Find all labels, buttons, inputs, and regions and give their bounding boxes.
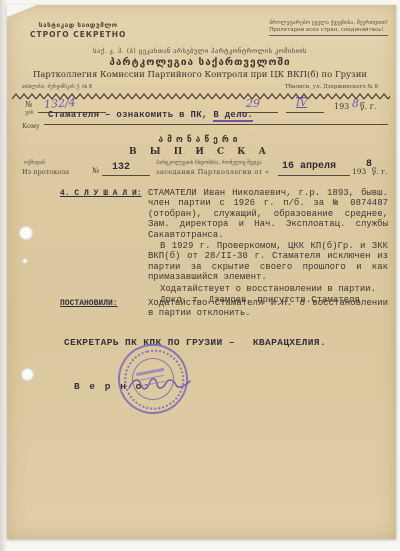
secrecy-block: სასტიკად საიდუმლო СТРОГО СЕКРЕТНО <box>30 21 126 39</box>
secrecy-russian: СТРОГО СЕКРЕТНО <box>30 30 126 39</box>
punch-hole-small <box>22 258 28 264</box>
heard-section-label: 4. С Л У Ш А Л И: <box>60 189 142 198</box>
komu-typed-main: Стамателя – ознакомить в ПК, <box>48 110 213 120</box>
komu-typed-underlined: В дело. <box>213 110 253 122</box>
secretary-name: КВАРАЦХЕЛИЯ. <box>253 337 326 348</box>
scan-corner-artifact <box>7 5 37 17</box>
protocol-from-russian: Из протокола <box>22 168 69 176</box>
org-name-georgian: პარტკოლეგია საქართველოში <box>0 57 400 68</box>
protocol-year-suffix: წ. г. <box>372 167 387 176</box>
komu-label-russian: Кому <box>22 122 40 130</box>
protocol-date-blank-line <box>278 175 350 176</box>
protocol-number-typed: 132 <box>112 162 130 173</box>
date-blank-line-month <box>286 112 324 113</box>
heard-paragraph-3: Ходатайствует о восстановлении в партии. <box>148 284 388 294</box>
punch-hole <box>21 368 34 381</box>
slogan-georgian: პროლეტარებო ყველა ქვეყნისა, შეერთდით! <box>269 20 388 26</box>
title-georgian: ამონაწერი <box>0 135 400 145</box>
komu-typed-value: Стамателя – ознакомить в ПК, В дело. <box>48 110 253 120</box>
title-russian: В Ы П И С К А <box>0 147 400 157</box>
org-name-russian: Партколлегия Комиссии Партийного Контрол… <box>0 70 400 80</box>
date-year-handwritten: 8 <box>352 97 359 110</box>
secretary-line: СЕКРЕТАРЬ ПК КПК ПО ГРУЗИИ –КВАРАЦХЕЛИЯ. <box>64 337 326 348</box>
protocol-date-typed: 16 апреля <box>282 161 336 172</box>
protocol-session-russian: заседания Партколлегии от « <box>156 168 270 176</box>
slogan-russian: Пролетарии всех стран, соединяйтесь! <box>269 27 388 33</box>
protocol-year-printed: 193 <box>352 167 366 176</box>
punch-hole <box>19 226 33 240</box>
date-year-suffix: წ. г. <box>360 102 376 111</box>
scan-edge <box>0 0 7 551</box>
komu-blank-line <box>44 124 388 125</box>
date-year-printed: 193 <box>334 102 349 111</box>
slogan-block: პროლეტარებო ყველა ქვეყნისა, შეერთდით! Пр… <box>269 20 388 36</box>
protocol-number-blank-line <box>102 175 150 176</box>
date-month-handwritten: IV <box>296 98 307 109</box>
heard-paragraph-2: В 1929 г. Проверкомом, ЦКК КП(б)Гр. и ЗК… <box>148 241 388 283</box>
secrecy-georgian: სასტიკად საიდუმლო <box>30 21 126 29</box>
address-georgian: თბილისი, ძერჟინსკის ქ. № 8 <box>22 84 92 90</box>
heard-paragraph-1: СТАМАТЕЛИ Иван Николаевич, г.р. 1893, бы… <box>148 188 388 240</box>
protocol-from-georgian: ოქმიდან <box>24 160 45 166</box>
resolved-section-label: ПОСТАНОВИЛИ: <box>60 299 118 308</box>
org-name-georgian-small: საქ. კ. პ. (ბ) ცეკასთან არსებული პარტკონ… <box>0 47 400 55</box>
resolved-section-text: Ходатайство Стамателя И.Н. о восстановле… <box>148 298 388 319</box>
doc-number-label: № <box>25 100 33 109</box>
date-day-handwritten: 29 <box>246 97 260 110</box>
doc-number-handwritten: 132/4 <box>44 96 77 111</box>
protocol-session-georgian: პარტკოლეგიის სხდომისა, რომელიც შედგა <box>156 160 262 166</box>
address-russian: Тбилиси, ул. Дзержинского № 8 <box>285 84 378 90</box>
heard-section-text: СТАМАТЕЛИ Иван Николаевич, г.р. 1893, бы… <box>148 188 388 306</box>
protocol-number-label: № <box>92 166 99 175</box>
komu-label-georgian: ვის <box>25 110 34 116</box>
